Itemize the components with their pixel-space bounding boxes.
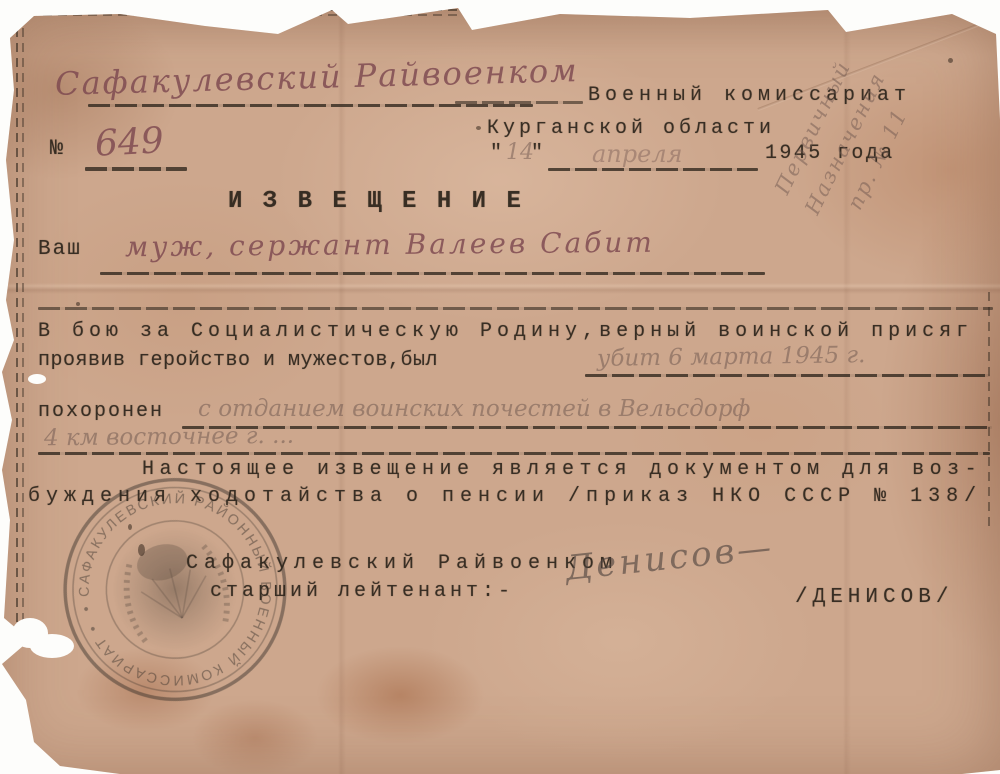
frame-border-left-inner: [22, 28, 24, 646]
frame-border-right: [988, 292, 990, 530]
frame-border-top-inner: [28, 14, 458, 16]
date-month-underline: [548, 168, 758, 171]
buried-underline1: [182, 426, 992, 429]
number-sign: №: [50, 136, 63, 161]
ink-speck: [948, 58, 953, 63]
signature-rank: старший лейтенант:-: [210, 580, 514, 603]
ink-speck: [138, 544, 145, 556]
fate-underline: [585, 374, 990, 377]
signature-unit: Сафакулевский Райвоенком: [186, 552, 618, 575]
handwritten-burial-place1: с отданием воинских почестей в Вельсдорф: [198, 396, 750, 422]
document-title: И З В Е Щ Е Н И Е: [228, 188, 524, 215]
paper-tear: [28, 374, 46, 384]
pension-clause-line1: Настоящее извещение является документом …: [142, 458, 982, 481]
buried-underline2: [38, 452, 990, 455]
handwritten-autograph: Денисов—: [563, 527, 775, 589]
pension-clause-line2: буждения ходотайства о пенсии /приказ НК…: [28, 485, 982, 508]
oath-line2: проявив геройство и мужестов,был: [38, 349, 438, 372]
handwritten-addressee: муж, сержант Валеев Сабит: [125, 226, 655, 264]
ink-speck: [476, 126, 481, 130]
unit-underline: [88, 104, 533, 107]
blank-line-underline: [38, 307, 993, 310]
buried-label: похоронен: [38, 400, 164, 423]
paper-sheet: • САФАКУЛЕВСКИЙ РАЙОННЫЙ ВОЕННЫЙ КОМИССА…: [0, 0, 1000, 774]
oath-line1: В бою за Социалистическую Родину,верный …: [38, 320, 973, 343]
addressee-label: Ваш: [38, 238, 82, 261]
paper-tear: [30, 634, 74, 658]
ink-speck: [128, 524, 132, 530]
number-underline: [85, 167, 187, 171]
commissariat-line2: Курганской области: [487, 117, 775, 140]
date-quote-close: ": [531, 142, 543, 165]
margin-note: Первичный Назначения пр. № 11: [742, 7, 1000, 333]
handwritten-issuing-unit: Сафакулевский Райвоенком: [55, 51, 580, 103]
frame-border-left: [16, 28, 18, 646]
document-scan: • САФАКУЛЕВСКИЙ РАЙОННЫЙ ВОЕННЫЙ КОМИССА…: [0, 0, 1000, 774]
date-quote-open: ": [490, 142, 502, 165]
handwritten-date-day: 14: [506, 140, 534, 165]
frame-border-top: [28, 9, 458, 11]
handwritten-burial-place2: 4 км восточнее г. ...: [44, 423, 294, 452]
blank-underline: [455, 101, 583, 104]
addressee-underline: [100, 272, 765, 275]
handwritten-fate: убит 6 марта 1945 г.: [597, 342, 866, 372]
handwritten-date-month: апреля: [592, 140, 683, 168]
signature-surname: /ДЕНИСОВ/: [795, 586, 953, 609]
ink-speck: [76, 302, 80, 306]
handwritten-number: 649: [94, 120, 165, 165]
